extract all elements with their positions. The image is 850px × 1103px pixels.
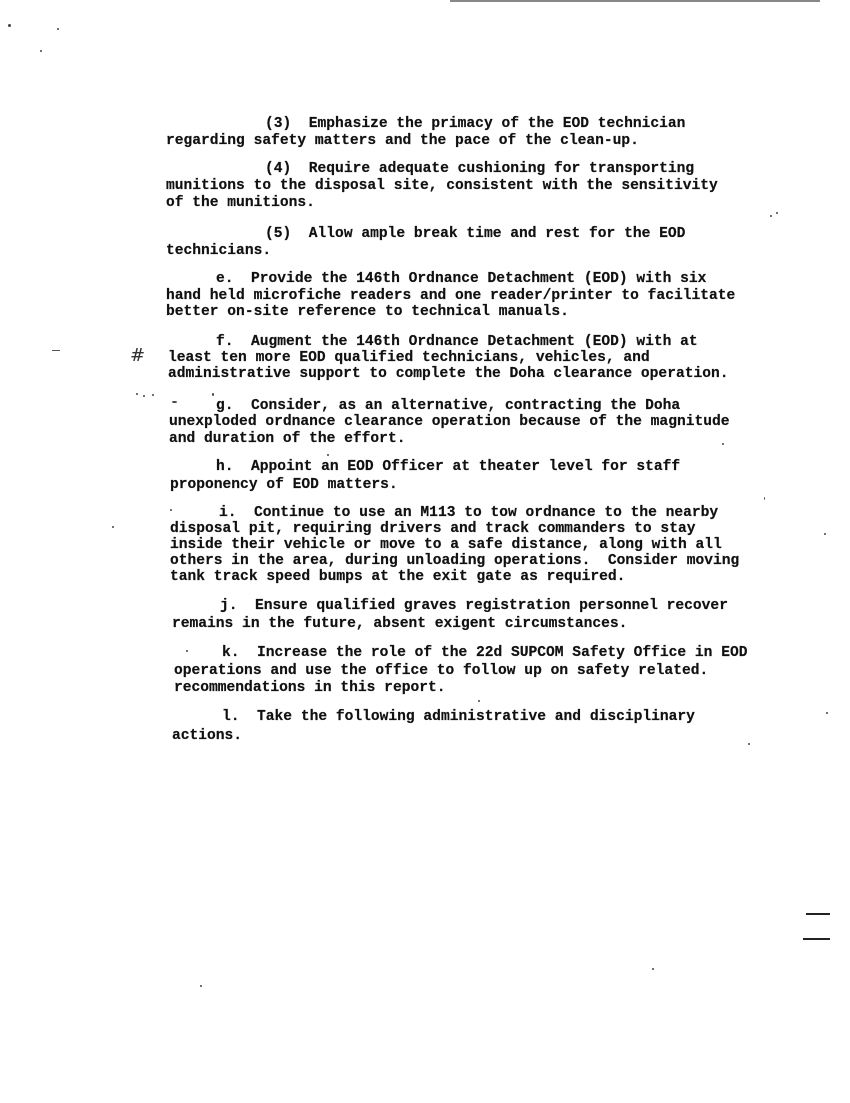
para-5-line-2: technicians.: [166, 243, 271, 259]
para-i-line-1: i. Continue to use an M113 to tow ordnan…: [219, 505, 718, 521]
para-f-line-2: least ten more EOD qualified technicians…: [168, 350, 650, 366]
para-f-line-3: administrative support to complete the D…: [168, 366, 729, 382]
para-3-line-2: regarding safety matters and the pace of…: [166, 133, 639, 149]
para-e-line-1: e. Provide the 146th Ordnance Detachment…: [216, 271, 706, 287]
para-e-line-2: hand held microfiche readers and one rea…: [166, 288, 735, 304]
para-g-line-3: and duration of the effort.: [169, 431, 405, 447]
scan-speck: [722, 443, 724, 445]
scan-speck: [112, 526, 114, 528]
para-k-line-2: operations and use the office to follow …: [174, 663, 708, 679]
document-page: (3) Emphasize the primacy of the EOD tec…: [0, 0, 850, 1103]
para-k-line-1: k. Increase the role of the 22d SUPCOM S…: [222, 645, 747, 661]
para-4-line-2: munitions to the disposal site, consiste…: [166, 178, 718, 194]
para-i-line-3: inside their vehicle or move to a safe d…: [170, 537, 722, 553]
scan-speck: [478, 700, 480, 702]
para-i-line-2: disposal pit, requiring drivers and trac…: [170, 521, 695, 537]
scan-speck: [152, 394, 154, 396]
para-4-line-3: of the munitions.: [166, 195, 315, 211]
scan-speck: [136, 393, 138, 395]
para-i-line-4: others in the area, during unloading ope…: [170, 553, 739, 569]
scan-speck: [652, 968, 654, 970]
para-i-line-5: tank track speed bumps at the exit gate …: [170, 569, 625, 585]
scan-speck: [770, 215, 772, 217]
para-5-line-1: (5) Allow ample break time and rest for …: [265, 226, 685, 242]
scan-speck: [172, 401, 177, 403]
para-f-line-1: f. Augment the 146th Ordnance Detachment…: [216, 334, 698, 350]
margin-dash-bottom: [803, 938, 830, 940]
scan-speck: [200, 985, 202, 987]
scan-speck: [8, 24, 11, 27]
scan-speck: [186, 650, 188, 652]
scan-speck: [143, 395, 145, 397]
margin-handwritten-mark: #: [130, 345, 145, 366]
para-h-line-2: proponency of EOD matters.: [170, 477, 398, 493]
scan-speck: [748, 743, 750, 745]
para-g-line-1: g. Consider, as an alternative, contract…: [216, 398, 680, 414]
scan-speck: [824, 533, 826, 535]
para-l-line-2: actions.: [172, 728, 242, 744]
scan-speck: [212, 393, 214, 396]
scan-speck: [776, 212, 778, 214]
para-e-line-3: better on-site reference to technical ma…: [166, 304, 569, 320]
para-h-line-1: h. Appoint an EOD Officer at theater lev…: [216, 459, 680, 475]
scan-speck: [327, 454, 329, 456]
para-3-line-1: (3) Emphasize the primacy of the EOD tec…: [265, 116, 685, 132]
para-4-line-1: (4) Require adequate cushioning for tran…: [265, 161, 694, 177]
para-l-line-1: l. Take the following administrative and…: [222, 709, 695, 725]
para-j-line-1: j. Ensure qualified graves registration …: [220, 598, 728, 614]
scan-top-edge: [450, 0, 820, 2]
para-g-line-2: unexploded ordnance clearance operation …: [169, 414, 730, 430]
margin-tick: [52, 350, 60, 351]
margin-dash-top: [806, 913, 830, 915]
para-j-line-2: remains in the future, absent exigent ci…: [172, 616, 627, 632]
scan-speck: [764, 497, 765, 500]
scan-speck: [826, 712, 828, 714]
scan-speck: [40, 50, 42, 52]
para-k-line-3: recommendations in this report.: [174, 680, 446, 696]
scan-speck: [57, 28, 59, 30]
scan-speck: [170, 509, 172, 511]
